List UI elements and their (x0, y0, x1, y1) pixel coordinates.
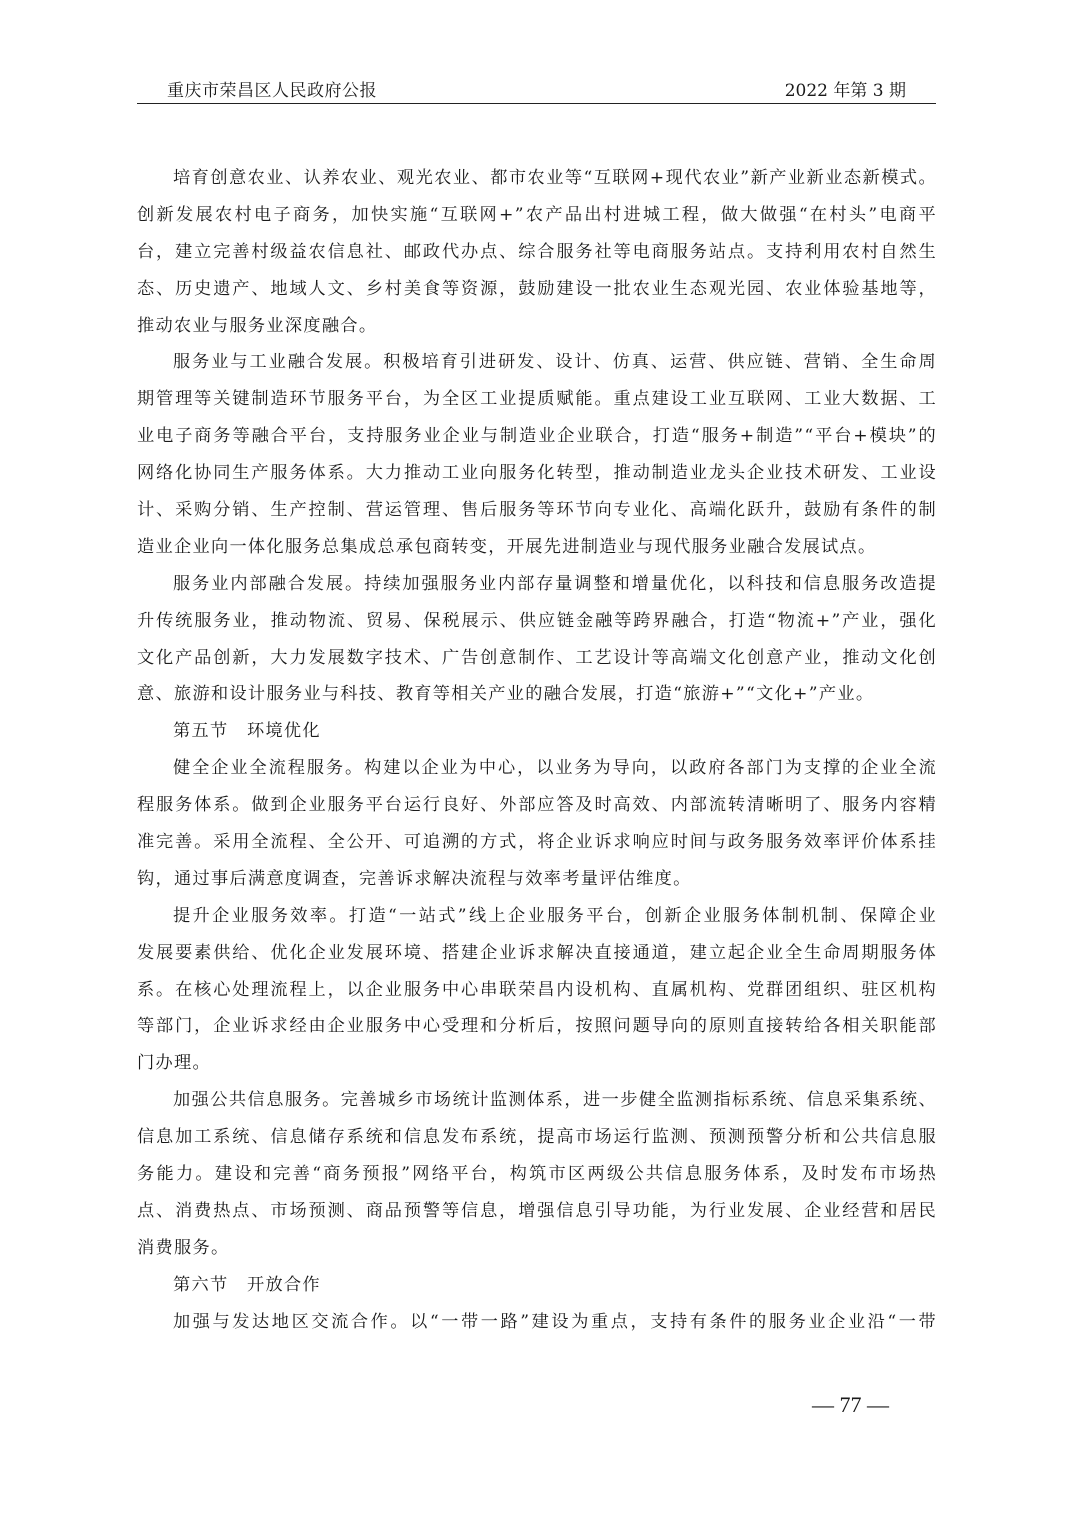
section-heading: 第五节 环境优化 (137, 713, 937, 750)
text-line: 健全企业全流程服务。构建以企业为中心，以业务为导向，以政府各部门为支撑的企业全流 (137, 750, 937, 787)
text-line: 推动农业与服务业深度融合。 (137, 308, 937, 345)
text-line: 服务业内部融合发展。持续加强服务业内部存量调整和增量优化，以科技和信息服务改造提 (137, 566, 937, 603)
text-line: 期管理等关键制造环节服务平台，为全区工业提质赋能。重点建设工业互联网、工业大数据… (137, 381, 937, 418)
text-line: 创新发展农村电子商务，加快实施“互联网+”农产品出村进城工程，做大做强“在村头”… (137, 197, 937, 234)
text-line: 提升企业服务效率。打造“一站式”线上企业服务平台，创新企业服务体制机制、保障企业 (137, 898, 937, 935)
text-line: 计、采购分销、生产控制、营运管理、售后服务等环节向专业化、高端化跃升，鼓励有条件… (137, 492, 937, 529)
text-line: 消费服务。 (137, 1230, 937, 1267)
text-line: 造业企业向一体化服务总集成总承包商转变，开展先进制造业与现代服务业融合发展试点。 (137, 529, 937, 566)
text-line: 程服务体系。做到企业服务平台运行良好、外部应答及时高效、内部流转清晰明了、服务内… (137, 787, 937, 824)
text-line: 加强与发达地区交流合作。以“一带一路”建设为重点，支持有条件的服务业企业沿“一带 (137, 1304, 937, 1341)
text-line: 服务业与工业融合发展。积极培育引进研发、设计、仿真、运营、供应链、营销、全生命周 (137, 344, 937, 381)
text-line: 培育创意农业、认养农业、观光农业、都市农业等“互联网+现代农业”新产业新业态新模… (137, 160, 937, 197)
document-body: 培育创意农业、认养农业、观光农业、都市农业等“互联网+现代农业”新产业新业态新模… (137, 160, 937, 1341)
text-line: 升传统服务业，推动物流、贸易、保税展示、供应链金融等跨界融合，打造“物流+”产业… (137, 603, 937, 640)
text-line: 门办理。 (137, 1045, 937, 1082)
text-line: 点、消费热点、市场预测、商品预警等信息，增强信息引导功能，为行业发展、企业经营和… (137, 1193, 937, 1230)
text-line: 务能力。建设和完善“商务预报”网络平台，构筑市区两级公共信息服务体系，及时发布市… (137, 1156, 937, 1193)
publication-title: 重庆市荣昌区人民政府公报 (167, 76, 377, 101)
text-line: 网络化协同生产服务体系。大力推动工业向服务化转型，推动制造业龙头企业技术研发、工… (137, 455, 937, 492)
text-line: 准完善。采用全流程、全公开、可追溯的方式，将企业诉求响应时间与政务服务效率评价体… (137, 824, 937, 861)
header-divider (137, 103, 936, 104)
text-line: 钩，通过事后满意度调查，完善诉求解决流程与效率考量评估维度。 (137, 861, 937, 898)
issue-number: 2022 年第 3 期 (785, 76, 906, 101)
text-line: 态、历史遗产、地域人文、乡村美食等资源，鼓励建设一批农业生态观光园、农业体验基地… (137, 271, 937, 308)
text-line: 等部门，企业诉求经由企业服务中心受理和分析后，按照问题导向的原则直接转给各相关职… (137, 1008, 937, 1045)
text-line: 文化产品创新，大力发展数字技术、广告创意制作、工艺设计等高端文化创意产业，推动文… (137, 640, 937, 677)
text-line: 系。在核心处理流程上，以企业服务中心串联荣昌内设机构、直属机构、党群团组织、驻区… (137, 972, 937, 1009)
text-line: 信息加工系统、信息储存系统和信息发布系统，提高市场运行监测、预测预警分析和公共信… (137, 1119, 937, 1156)
text-line: 加强公共信息服务。完善城乡市场统计监测体系，进一步健全监测指标系统、信息采集系统… (137, 1082, 937, 1119)
text-line: 发展要素供给、优化企业发展环境、搭建企业诉求解决直接通道，建立起企业全生命周期服… (137, 935, 937, 972)
text-line: 台，建立完善村级益农信息社、邮政代办点、综合服务社等电商服务站点。支持利用农村自… (137, 234, 937, 271)
text-line: 意、旅游和设计服务业与科技、教育等相关产业的融合发展，打造“旅游+”“文化+”产… (137, 676, 937, 713)
page-number: — 77 — (812, 1392, 889, 1418)
section-heading: 第六节 开放合作 (137, 1267, 937, 1304)
page-header: 重庆市荣昌区人民政府公报 2022 年第 3 期 (137, 76, 936, 102)
text-line: 业电子商务等融合平台，支持服务业企业与制造业企业联合，打造“服务+制造”“平台+… (137, 418, 937, 455)
